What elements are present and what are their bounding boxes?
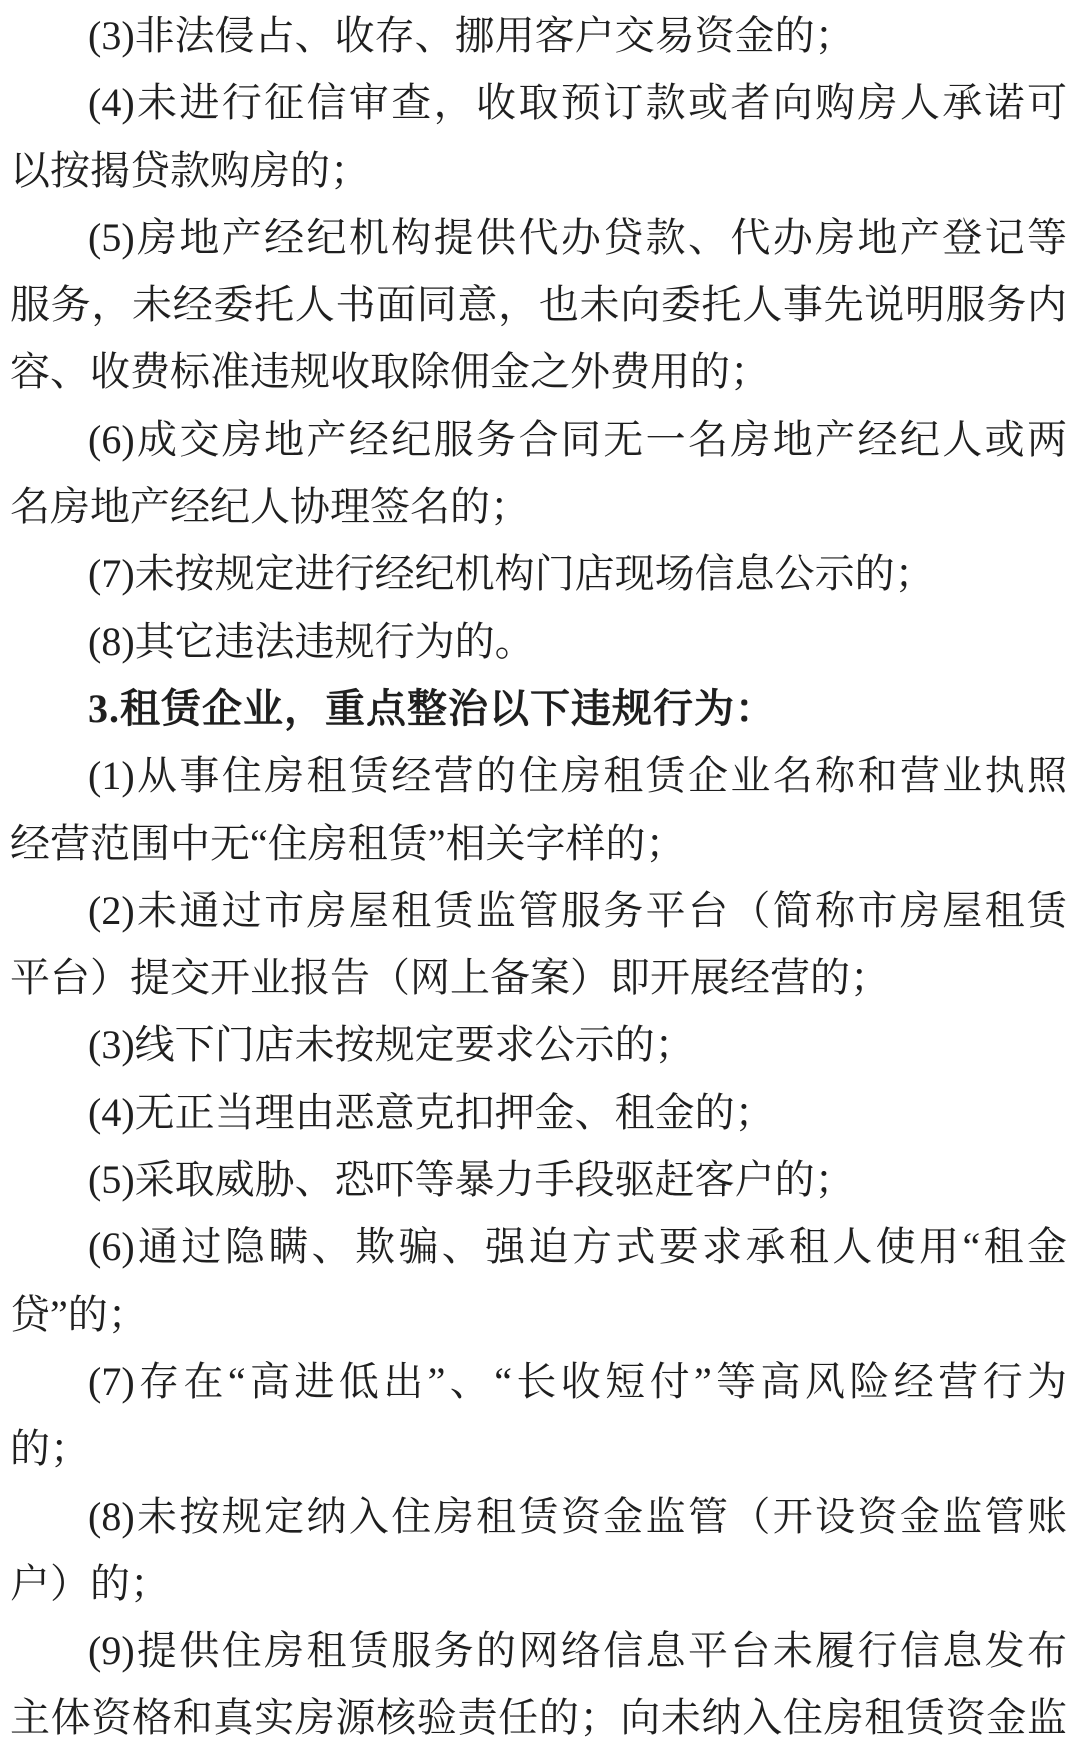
text-line: (7)未按规定进行经纪机构门店现场信息公示的； [10, 540, 1067, 607]
text-line: 的； [10, 1415, 1067, 1482]
text-line: 户）的； [10, 1550, 1067, 1617]
text-line: (6)成交房地产经纪服务合同无一名房地产经纪人或两 [10, 406, 1067, 473]
document-page: (3)非法侵占、收存、挪用客户交易资金的； (4)未进行征信审查，收取预订款或者… [0, 0, 1080, 1756]
text-line: 名房地产经纪人协理签名的； [10, 473, 1067, 540]
text-line: (6)通过隐瞒、欺骗、强迫方式要求承租人使用“租金 [10, 1213, 1067, 1280]
text-line: (5)房地产经纪机构提供代办贷款、代办房地产登记等 [10, 204, 1067, 271]
text-line: (5)采取威胁、恐吓等暴力手段驱赶客户的； [10, 1146, 1067, 1213]
text-line: 以按揭贷款购房的； [10, 137, 1067, 204]
text-line: (8)未按规定纳入住房租赁资金监管（开设资金监管账 [10, 1483, 1067, 1550]
text-line: 服务，未经委托人书面同意，也未向委托人事先说明服务内 [10, 271, 1067, 338]
text-line: 经营范围中无“住房租赁”相关字样的； [10, 810, 1067, 877]
text-line: (8)其它违法违规行为的。 [10, 608, 1067, 675]
text-line: (4)无正当理由恶意克扣押金、租金的； [10, 1079, 1067, 1146]
text-line: (3)非法侵占、收存、挪用客户交易资金的； [10, 2, 1067, 69]
text-line: (3)线下门店未按规定要求公示的； [10, 1011, 1067, 1078]
text-line: (4)未进行征信审查，收取预订款或者向购房人承诺可 [10, 69, 1067, 136]
text-line: 平台）提交开业报告（网上备案）即开展经营的； [10, 944, 1067, 1011]
text-line: (7)存在“高进低出”、“长收短付”等高风险经营行为 [10, 1348, 1067, 1415]
text-line: (2)未通过市房屋租赁监管服务平台（简称市房屋租赁 [10, 877, 1067, 944]
text-line: (1)从事住房租赁经营的住房租赁企业名称和营业执照 [10, 742, 1067, 809]
text-line: 主体资格和真实房源核验责任的；向未纳入住房租赁资金监 [10, 1684, 1067, 1751]
section-3-heading: 3.租赁企业，重点整治以下违规行为： [10, 675, 1067, 742]
text-line: (9)提供住房租赁服务的网络信息平台未履行信息发布 [10, 1617, 1067, 1684]
text-line: 贷”的； [10, 1281, 1067, 1348]
text-line: 容、收费标准违规收取除佣金之外费用的； [10, 338, 1067, 405]
